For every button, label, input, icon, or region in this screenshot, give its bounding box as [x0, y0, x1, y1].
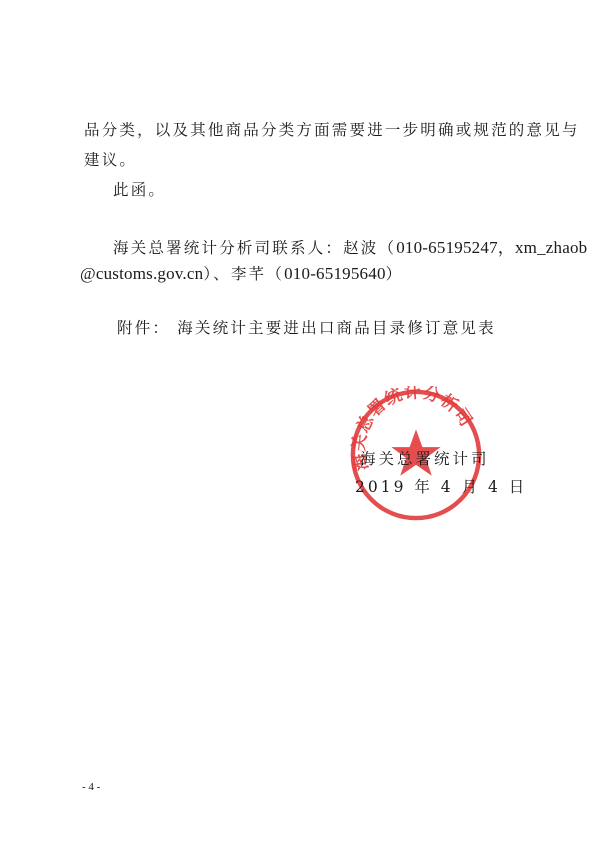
paragraph-line-1: 品分类，以及其他商品分类方面需要进一步明确或规范的意见与 [84, 118, 580, 140]
paragraph-line-2: 建议。 [84, 148, 137, 170]
signature-org: 海关总署统计司 [360, 447, 490, 469]
contact-second-phone: 010-65195640 [284, 264, 386, 283]
contact-label: 海关总署统计分析司联系人：赵波（ [113, 239, 396, 257]
page-number: - 4 - [82, 781, 100, 793]
contact-close-paren: ） [386, 265, 404, 283]
contact-line-1: 海关总署统计分析司联系人：赵波（010-65195247，xm_zhaob [113, 233, 587, 258]
closing-phrase: 此函。 [113, 178, 166, 200]
contact-line-2: @customs.gov.cn）、李芊（010-65195640） [80, 262, 403, 284]
contact-second-person: ）、李芊（ [203, 265, 284, 283]
attachment-line: 附件： 海关统计主要进出口商品目录修订意见表 [117, 316, 496, 338]
contact-phone-email: 010-65195247，xm_zhaob [396, 238, 587, 257]
contact-email-domain: @customs.gov.cn [80, 264, 203, 283]
signature-date: 2019 年 4 月 4 日 [355, 475, 527, 497]
